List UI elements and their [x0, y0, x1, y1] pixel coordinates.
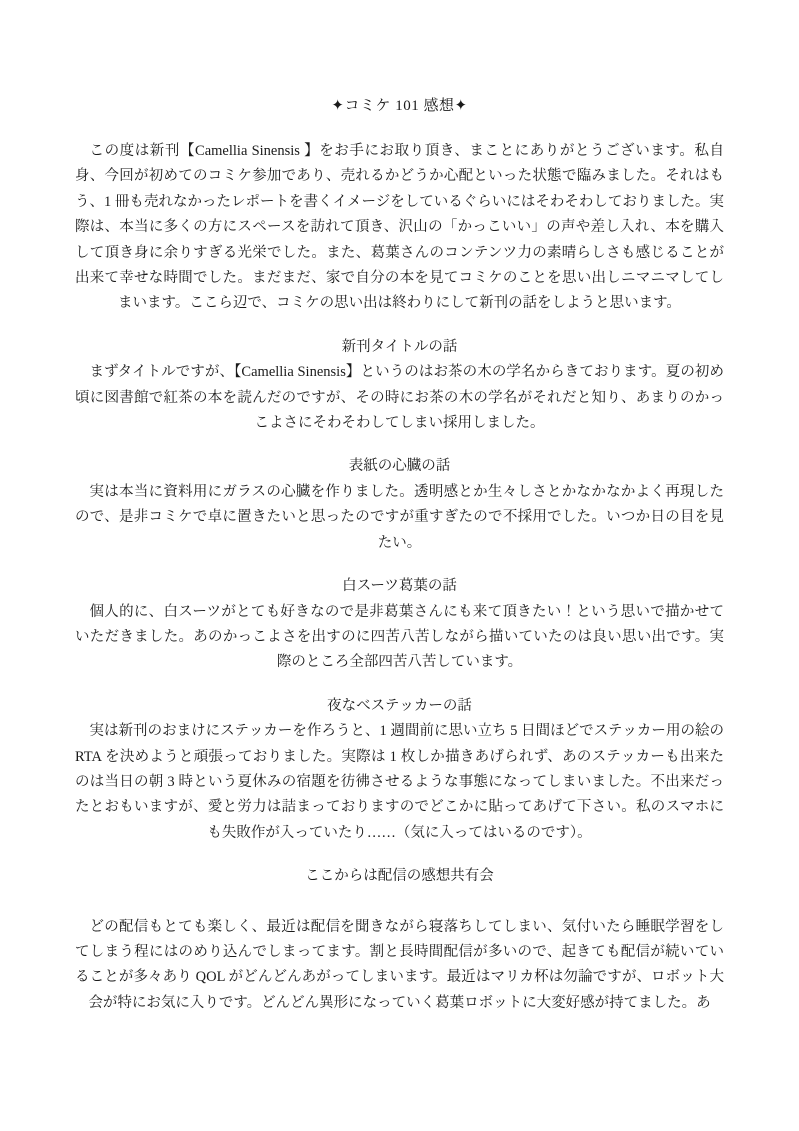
section-heading-new-book-title: 新刊タイトルの話	[75, 335, 724, 360]
section-paragraph-late-night-sticker: 実は新刊のおまけにステッカーを作ろうと、1 週間前に思い立ち 5 日間ほどでステ…	[75, 719, 724, 846]
section-paragraph-cover-heart: 実は本当に資料用にガラスの心臓を作りました。透明感とか生々しさとかなかなかよく再…	[75, 480, 724, 556]
document-page: ✦コミケ 101 感想✦ この度は新刊【Camellia Sinensis 】を…	[0, 0, 799, 1131]
section-late-night-sticker: 夜なべステッカーの話 実は新刊のおまけにステッカーを作ろうと、1 週間前に思い立…	[75, 694, 724, 846]
section-paragraph-white-suit-kuzuha: 個人的に、白スーツがとても好きなので是非葛葉さんにも来て頂きたい！という思いで描…	[75, 600, 724, 676]
section-heading-late-night-sticker: 夜なべステッカーの話	[75, 694, 724, 719]
section-heading-stream-impressions: ここからは配信の感想共有会	[75, 864, 724, 889]
section-heading-white-suit-kuzuha: 白スーツ葛葉の話	[75, 574, 724, 599]
section-stream-impressions: ここからは配信の感想共有会 どの配信もとても楽しく、最近は配信を聞きながら寝落ち…	[75, 864, 724, 1016]
section-paragraph-new-book-title: まずタイトルですが、【Camellia Sinensis】というのはお茶の木の学…	[75, 360, 724, 436]
intro-paragraph: この度は新刊【Camellia Sinensis 】をお手にお取り頂き、まことに…	[75, 139, 724, 317]
section-cover-heart: 表紙の心臓の話 実は本当に資料用にガラスの心臓を作りました。透明感とか生々しさと…	[75, 454, 724, 556]
section-paragraph-stream-impressions: どの配信もとても楽しく、最近は配信を聞きながら寝落ちしてしまい、気付いたら睡眠学…	[75, 915, 724, 1017]
section-new-book-title: 新刊タイトルの話 まずタイトルですが、【Camellia Sinensis】とい…	[75, 335, 724, 437]
document-title: ✦コミケ 101 感想✦	[75, 94, 724, 119]
section-white-suit-kuzuha: 白スーツ葛葉の話 個人的に、白スーツがとても好きなので是非葛葉さんにも来て頂きた…	[75, 574, 724, 676]
section-heading-cover-heart: 表紙の心臓の話	[75, 454, 724, 479]
